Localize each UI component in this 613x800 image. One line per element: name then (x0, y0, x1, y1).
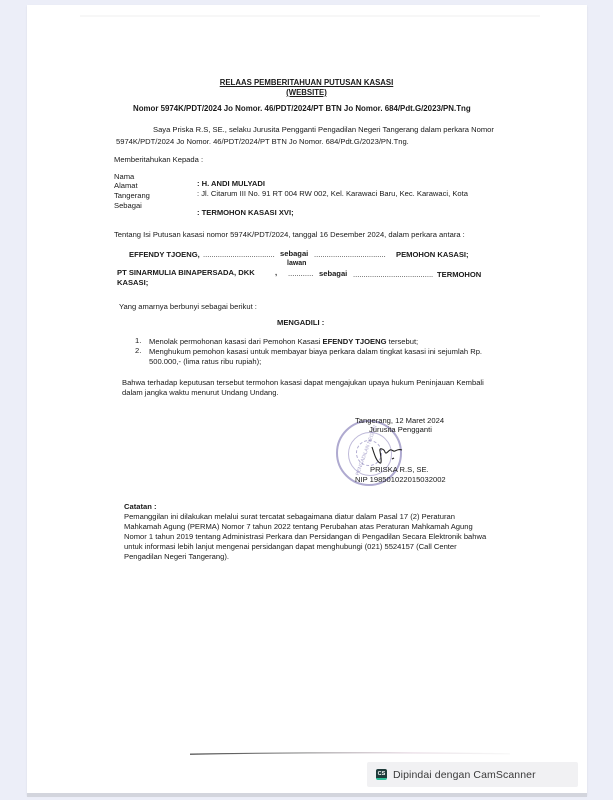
nama-label: Nama (114, 172, 134, 181)
amar-intro: Yang amarnya berbunyi sebagai berikut : (119, 302, 257, 311)
camscanner-label: Dipindai dengan CamScanner (393, 769, 536, 781)
document-subtitle: (WEBSITE) (0, 88, 613, 97)
ruling-1-pre: Menolak permohonan kasasi dari Pemohon K… (149, 337, 323, 346)
party2-role-cont: KASASI; (117, 278, 148, 287)
case-number: Nomor 5974K/PDT/2024 Jo Nomor. 46/PDT/20… (133, 104, 471, 113)
alamat-value: : Jl. Citarum III No. 91 RT 004 RW 002, … (197, 189, 468, 198)
party2-dots-2: ...................................... (353, 270, 433, 279)
party1-dots-2: .................................. (314, 250, 386, 259)
nama-value: : H. ANDI MULYADI (197, 179, 265, 188)
camscanner-watermark: CS Dipindai dengan CamScanner (367, 762, 578, 787)
document-body: RELAAS PEMBERITAHUAN PUTUSAN KASASI (WEB… (0, 0, 613, 800)
tangerang-label: Tangerang (114, 191, 150, 200)
party1-name: EFFENDY TJOENG, (129, 250, 200, 259)
catatan-label: Catatan : (124, 502, 157, 511)
ruling-2-line-1: Menghukum pemohon kasasi untuk membayar … (149, 347, 482, 356)
party1-role: PEMOHON KASASI; (396, 250, 469, 259)
bahwa-line-2: dalam jangka waktu menurut Undang Undang… (122, 388, 279, 397)
signature-icon (368, 443, 408, 465)
party2-comma: , (275, 268, 277, 277)
scan-artifact (80, 15, 540, 17)
scan-edge-line (190, 752, 510, 755)
sebagai-label: Sebagai (114, 201, 142, 210)
party2-role: TERMOHON (437, 270, 481, 279)
ruling-1-number: 1. (135, 336, 141, 345)
signer-nip: NIP 198501022015032002 (355, 475, 446, 484)
intro-line-1: Saya Priska R.S, SE., selaku Jurusita Pe… (153, 125, 494, 134)
catatan-line-2: Mahkamah Agung (PERMA) Nomor 7 tahun 202… (124, 522, 473, 531)
mengadili-heading: MENGADILI : (277, 318, 324, 327)
bahwa-line-1: Bahwa terhadap keputusan tersebut termoh… (122, 378, 484, 387)
alamat-label: Alamat (114, 181, 138, 190)
lawan-label: lawan (287, 259, 306, 268)
notify-label: Memberitahukan Kepada : (114, 155, 203, 164)
document-title: RELAAS PEMBERITAHUAN PUTUSAN KASASI (0, 78, 613, 87)
catatan-line-1: Pemanggilan ini dilakukan melalui surat … (124, 512, 484, 521)
signer-name: PRISKA R.S, SE. (370, 465, 429, 474)
ruling-1-bold: EFENDY TJOENG (323, 337, 387, 346)
sebagai-value: : TERMOHON KASASI XVI; (197, 208, 294, 217)
ruling-1-post: tersebut; (387, 337, 419, 346)
tentang-line: Tentang Isi Putusan kasasi nomor 5974K/P… (114, 230, 465, 239)
ruling-1: Menolak permohonan kasasi dari Pemohon K… (149, 337, 418, 346)
catatan-line-4: untuk informasi lebih lanjut mengenai pe… (124, 542, 457, 551)
catatan-line-5: Pengadilan Negeri Tangerang). (124, 552, 229, 561)
ruling-2-line-2: 500.000,- (lima ratus ribu rupiah); (149, 357, 261, 366)
party1-dots: .................................. (203, 250, 275, 259)
party2-name: PT SINARMULIA BINAPERSADA, DKK (117, 268, 255, 277)
catatan-line-3: Nomor 1 tahun 2019 tentang Administrasi … (124, 532, 486, 541)
intro-line-2: 5974K/PDT/2024 Jo Nomor. 46/PDT/2024/PT … (116, 137, 409, 146)
signer-position: Jurusita Pengganti (369, 425, 432, 434)
party1-sebagai: sebagai (280, 249, 308, 258)
ruling-2-number: 2. (135, 346, 141, 355)
party2-dots: ............ (288, 269, 313, 278)
party2-sebagai: sebagai (319, 269, 347, 278)
camscanner-logo-icon: CS (376, 769, 387, 780)
place-date: Tangerang, 12 Maret 2024 (355, 416, 444, 425)
